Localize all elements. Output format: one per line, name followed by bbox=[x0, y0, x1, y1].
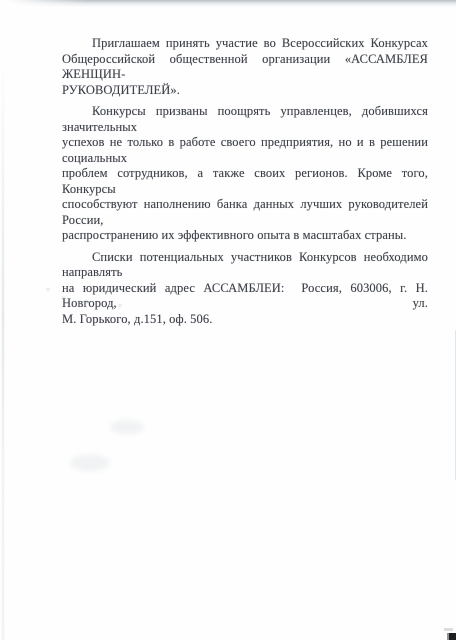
paragraph: Конкурсы призваны поощрять управленцев, … bbox=[62, 104, 428, 244]
text-line: Приглашаем принять участие во Всероссийс… bbox=[62, 36, 428, 52]
text-line: на юридический адрес АССАМБЛЕИ: Россия, … bbox=[62, 281, 428, 312]
text-line: успехов не только в работе своего предпр… bbox=[62, 135, 428, 166]
text-line: способствуют наполнению банка данных луч… bbox=[62, 197, 428, 228]
text-line: М. Горького, д.151, оф. 506. bbox=[62, 312, 428, 328]
text-line: распространению их эффективного опыта в … bbox=[62, 228, 428, 244]
text-line: Списки потенциальных участников Конкурсо… bbox=[62, 250, 428, 281]
scanned-page: Приглашаем принять участие во Всероссийс… bbox=[0, 0, 456, 640]
scan-edge-shadow-top bbox=[6, 0, 456, 7]
text-line: проблем сотрудников, а также своих регио… bbox=[62, 166, 428, 197]
text-line: РУКОВОДИТЕЛЕЙ». bbox=[62, 83, 428, 99]
text-line: Конкурсы призваны поощрять управленцев, … bbox=[62, 104, 428, 135]
paragraph: Приглашаем принять участие во Всероссийс… bbox=[62, 36, 428, 98]
scan-edge-line-left bbox=[2, 55, 4, 640]
paragraph: Списки потенциальных участников Конкурсо… bbox=[62, 250, 428, 328]
letter-body: Приглашаем принять участие во Всероссийс… bbox=[62, 36, 428, 333]
text-line: Общероссийской общественной организации … bbox=[62, 52, 428, 83]
scan-speck bbox=[46, 288, 50, 291]
scan-smudge bbox=[110, 420, 144, 434]
scan-corner-artifact bbox=[447, 633, 456, 640]
scan-smudge bbox=[70, 455, 110, 471]
